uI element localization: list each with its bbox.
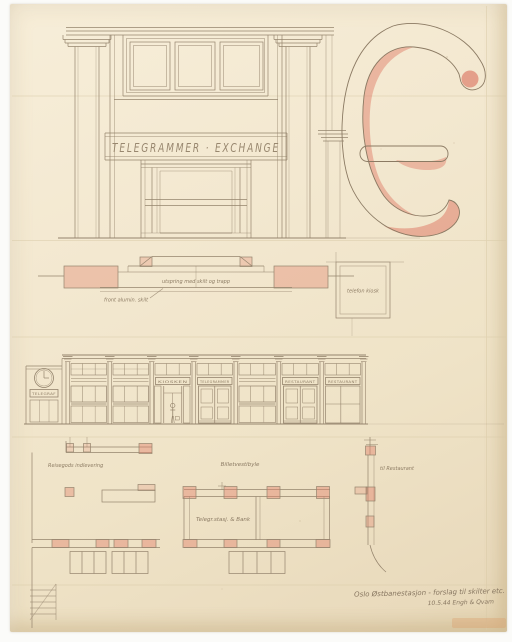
threshold-note-bottom: front alumin. skilt — [104, 298, 149, 304]
storefront-sign-text: RESTAURANT — [328, 380, 358, 384]
scanned-drawing-sheet: TELEGRAMMER · EXCHANGE — [0, 0, 512, 642]
floor-plans: Reisegods indlevering Bille — [30, 437, 415, 628]
storefront-sign-text: KIOSKEN — [158, 380, 188, 384]
letter-e-crossbar-shading — [396, 157, 446, 170]
portal-sign-text: TELEGRAMMER · EXCHANGE — [112, 140, 280, 155]
side-profile — [318, 35, 348, 238]
plan-right-label: til Restaurant — [380, 466, 415, 472]
plan-left-label: Reisegods indlevering — [48, 463, 103, 469]
plan-middle-room-label: Telegr.stasj. & Bank — [196, 517, 251, 523]
threshold-note-top: utspring med skilt og trapp — [162, 279, 230, 285]
plan-middle-telegraph-bank: Billetvestibyle Telegr.stasj. & Bank — [183, 462, 330, 574]
threshold-detail-drawing: utspring med skilt og trapp front alumin… — [38, 257, 354, 304]
letter-e-sketch — [342, 23, 485, 236]
kiosk-label: telefon kiosk — [347, 289, 380, 295]
storefront-sign-text: RESTAURANT — [285, 380, 316, 384]
archive-watermark — [452, 618, 506, 628]
storefront-elevation-drawing: KIOSKENTELEGRAMMERRESTAURANTRESTAURANTTE… — [24, 355, 504, 424]
left-pilaster — [63, 35, 111, 238]
storefront-sign-text: TELEGRAMMER — [199, 380, 230, 384]
transom-windows — [114, 35, 278, 100]
plan-middle-top-label: Billetvestibyle — [221, 462, 260, 468]
plan-left-luggage: Reisegods indlevering — [30, 437, 160, 628]
clock-sign-text: TELEGRAF — [31, 392, 56, 396]
letter-e-outline — [342, 23, 485, 236]
plan-right-fragment: til Restaurant — [355, 437, 415, 572]
drawing-linework: TELEGRAMMER · EXCHANGE — [0, 0, 512, 642]
portal-doorway — [141, 160, 251, 238]
title-block: Oslo Østbanestasjon - forslag til skilte… — [354, 587, 506, 628]
drawing-title: Oslo Østbanestasjon - forslag til skilte… — [354, 587, 505, 599]
letter-e-red-terminal — [462, 71, 479, 88]
kiosk-plan-drawing: telefon kiosk — [326, 252, 404, 336]
drawing-date-signature: 10.5.44 Engh & Qvam — [428, 598, 495, 607]
